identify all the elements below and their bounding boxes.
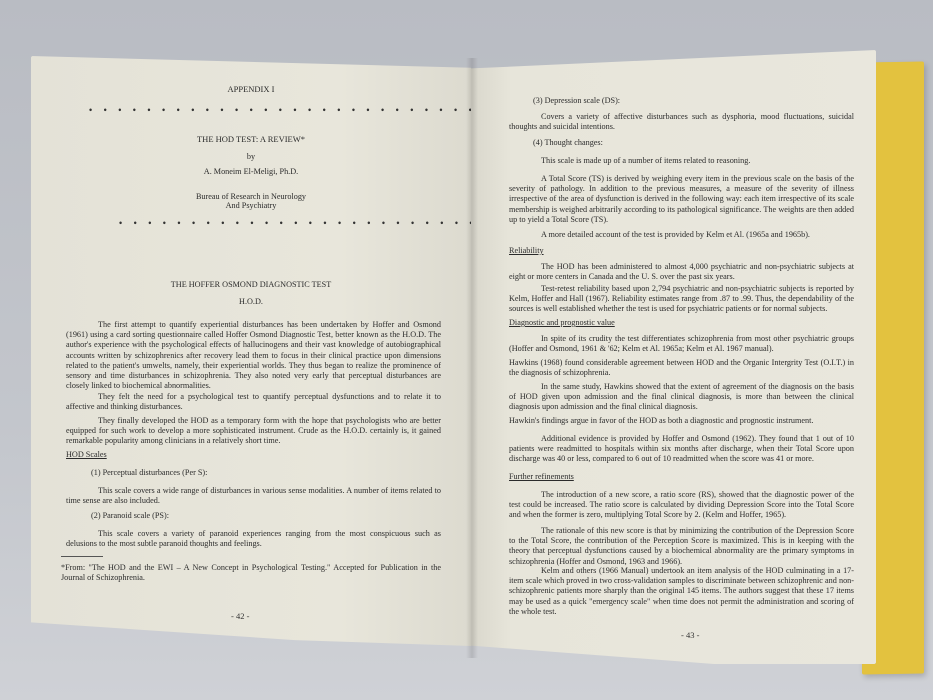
scale-3-description: Covers a variety of affective disturbanc… — [509, 112, 854, 132]
reliability-paragraph-2: Test-retest reliability based upon 2,794… — [509, 284, 854, 315]
heading-refinements: Further refinements — [509, 472, 574, 482]
article-title: THE HOD TEST: A REVIEW* — [31, 134, 471, 144]
scale-1-description: This scale covers a wide range of distur… — [66, 486, 441, 506]
diagnostic-paragraph-5: Additional evidence is provided by Hoffe… — [509, 434, 854, 465]
byline: by — [31, 152, 471, 162]
section-subtitle: H.O.D. — [31, 297, 471, 307]
diagnostic-paragraph-2: Hawkins (1968) found considerable agreem… — [509, 358, 854, 378]
right-page: (3) Depression scale (DS): Covers a vari… — [471, 50, 876, 664]
footnote-rule — [61, 556, 103, 557]
refinements-paragraph-3: Kelm and others (1966 Manual) undertook … — [509, 566, 854, 617]
author-name: A. Moneim El-Meligi, Ph.D. — [31, 167, 471, 177]
scale-1-label: (1) Perceptual disturbances (Per S): — [91, 468, 207, 478]
page-number-42: - 42 - — [231, 611, 249, 621]
refinements-paragraph-2: The rationale of this new score is that … — [509, 526, 854, 567]
total-score-paragraph: A Total Score (TS) is derived by weighin… — [509, 174, 854, 225]
diagnostic-paragraph-1: In spite of its crudity the test differe… — [509, 334, 854, 354]
scale-2-label: (2) Paranoid scale (PS): — [91, 511, 169, 521]
book-gutter — [466, 58, 478, 658]
scale-3-label: (3) Depression scale (DS): — [533, 96, 620, 106]
appendix-label: APPENDIX I — [31, 84, 471, 94]
footnote: *From: "The HOD and the EWI – A New Conc… — [61, 563, 441, 583]
page-number-43: - 43 - — [681, 630, 699, 640]
heading-diagnostic: Diagnostic and prognostic value — [509, 318, 615, 328]
paragraph-3: They finally developed the HOD as a temp… — [66, 416, 441, 447]
diagnostic-paragraph-3: In the same study, Hawkins showed that t… — [509, 382, 854, 413]
diagnostic-paragraph-4: Hawkin's findings argue in favor of the … — [509, 416, 854, 426]
refinements-paragraph-1: The introduction of a new score, a ratio… — [509, 490, 854, 521]
reliability-paragraph-1: The HOD has been administered to almost … — [509, 262, 854, 282]
heading-reliability: Reliability — [509, 246, 544, 256]
detailed-account: A more detailed account of the test is p… — [509, 230, 854, 240]
scale-2-description: This scale covers a variety of paranoid … — [66, 529, 441, 549]
scale-4-description: This scale is made up of a number of ite… — [509, 156, 854, 166]
paragraph-2: They felt the need for a psychological t… — [66, 392, 441, 412]
section-title: THE HOFFER OSMOND DIAGNOSTIC TEST — [31, 280, 471, 290]
left-page: APPENDIX I • • • • • • • • • • • • • • •… — [31, 56, 471, 646]
affiliation-line-2: And Psychiatry — [31, 201, 471, 211]
paragraph-1: The first attempt to quantify experienti… — [66, 320, 441, 391]
scale-4-label: (4) Thought changes: — [533, 138, 603, 148]
heading-hod-scales: HOD Scales — [66, 450, 107, 460]
